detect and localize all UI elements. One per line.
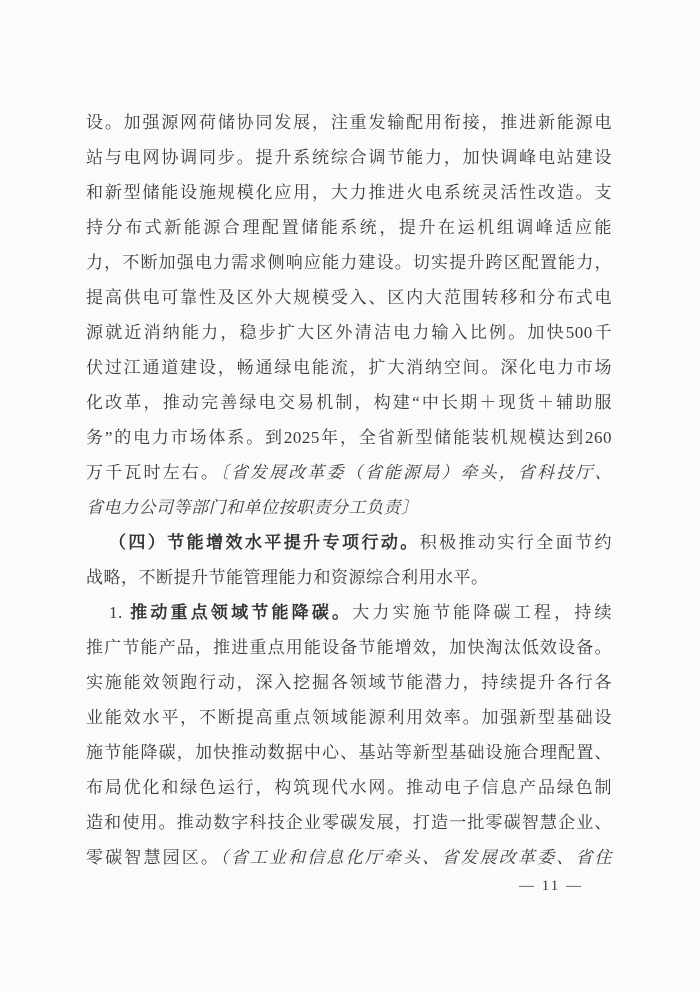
text-segment: 零碳智慧园区。 [86,848,220,867]
text-line: 布局优化和绿色运行，构筑现代水网。推动电子信息产品绿色制 [86,770,612,805]
text-segment: 省电力公司等部门和单位按职责分工负责〕 [86,498,419,517]
text-segment: 业能效水平，不断提高重点领域能源利用效率。加强新型基础设 [86,708,612,727]
text-segment: （省工业和信息化厅牵头、省发展改革委、省住 [220,848,612,867]
page-number: — 11 — [519,878,583,895]
text-segment: 万千瓦时左右。 [86,463,220,482]
text-segment: 实施能效领跑行动，深入挖掘各领域节能潜力，持续提升各行各 [86,673,612,692]
text-segment: 站与电网协调同步。提升系统综合调节能力，加快调峰电站建设 [86,148,612,167]
text-line: 实施能效领跑行动，深入挖掘各领域节能潜力，持续提升各行各 [86,665,612,700]
text-line: 设。加强源网荷储协同发展，注重发输配用衔接，推进新能源电 [86,105,612,140]
text-line: 零碳智慧园区。（省工业和信息化厅牵头、省发展改革委、省住 [86,840,612,875]
text-segment: 推广节能产品，推进重点用能设备节能增效，加快淘汰低效设备。 [86,638,612,657]
text-line: 省电力公司等部门和单位按职责分工负责〕 [86,490,612,525]
text-line: 万千瓦时左右。〔省发展改革委（省能源局）牵头，省科技厅、 [86,455,612,490]
text-segment: 和新型储能设施规模化应用，大力推进火电系统灵活性改造。支 [86,183,612,202]
text-line: 推广节能产品，推进重点用能设备节能增效，加快淘汰低效设备。 [86,630,612,665]
text-segment: 力，不断加强电力需求侧响应能力建设。切实提升跨区配置能力， [86,253,612,272]
text-line: 施节能降碳，加快推动数据中心、基站等新型基础设施合理配置、 [86,735,612,770]
text-segment: 1. [109,603,130,622]
text-segment: 大力实施节能降碳工程，持续 [352,603,612,622]
text-segment: 战略，不断提升节能管理能力和资源综合利用水平。 [86,568,489,587]
text-line: 持分布式新能源合理配置储能系统，提升在运机组调峰适应能 [86,210,612,245]
text-segment: 伏过江通道建设，畅通绿电能流，扩大消纳空间。深化电力市场 [86,358,612,377]
text-line: 战略，不断提升节能管理能力和资源综合利用水平。 [86,560,612,595]
text-segment: 积极推动实行全面节约 [420,533,612,552]
text-segment: 持分布式新能源合理配置储能系统，提升在运机组调峰适应能 [86,218,612,237]
text-block: 设。加强源网荷储协同发展，注重发输配用衔接，推进新能源电站与电网协调同步。提升系… [86,105,612,875]
text-segment: 施节能降碳，加快推动数据中心、基站等新型基础设施合理配置、 [86,743,612,762]
text-segment: 提高供电可靠性及区外大规模受入、区内大范围转移和分布式电 [86,288,612,307]
text-segment: （四）节能增效水平提升专项行动。 [109,533,420,552]
text-segment: 推动重点领域节能降碳。 [130,603,352,622]
text-line: 化改革，推动完善绿电交易机制，构建“中长期＋现货＋辅助服 [86,385,612,420]
text-segment: 化改革，推动完善绿电交易机制，构建“中长期＋现货＋辅助服 [86,393,612,412]
text-line: 业能效水平，不断提高重点领域能源利用效率。加强新型基础设 [86,700,612,735]
text-line: 站与电网协调同步。提升系统综合调节能力，加快调峰电站建设 [86,140,612,175]
text-line: （四）节能增效水平提升专项行动。积极推动实行全面节约 [86,525,612,560]
text-line: 提高供电可靠性及区外大规模受入、区内大范围转移和分布式电 [86,280,612,315]
document-page: 设。加强源网荷储协同发展，注重发输配用衔接，推进新能源电站与电网协调同步。提升系… [0,0,700,991]
text-line: 伏过江通道建设，畅通绿电能流，扩大消纳空间。深化电力市场 [86,350,612,385]
text-line: 源就近消纳能力，稳步扩大区外清洁电力输入比例。加快500千 [86,315,612,350]
text-segment: 源就近消纳能力，稳步扩大区外清洁电力输入比例。加快500千 [86,323,612,342]
text-segment: 造和使用。推动数字科技企业零碳发展，打造一批零碳智慧企业、 [86,813,612,832]
text-line: 和新型储能设施规模化应用，大力推进火电系统灵活性改造。支 [86,175,612,210]
text-segment: 设。加强源网荷储协同发展，注重发输配用衔接，推进新能源电 [86,113,612,132]
text-line: 务”的电力市场体系。到2025年，全省新型储能装机规模达到260 [86,420,612,455]
text-line: 1. 推动重点领域节能降碳。大力实施节能降碳工程，持续 [86,595,612,630]
text-segment: 布局优化和绿色运行，构筑现代水网。推动电子信息产品绿色制 [86,778,612,797]
text-segment: 〔省发展改革委（省能源局）牵头，省科技厅、 [220,463,612,482]
text-segment: 务”的电力市场体系。到2025年，全省新型储能装机规模达到260 [86,428,612,447]
text-line: 造和使用。推动数字科技企业零碳发展，打造一批零碳智慧企业、 [86,805,612,840]
text-line: 力，不断加强电力需求侧响应能力建设。切实提升跨区配置能力， [86,245,612,280]
